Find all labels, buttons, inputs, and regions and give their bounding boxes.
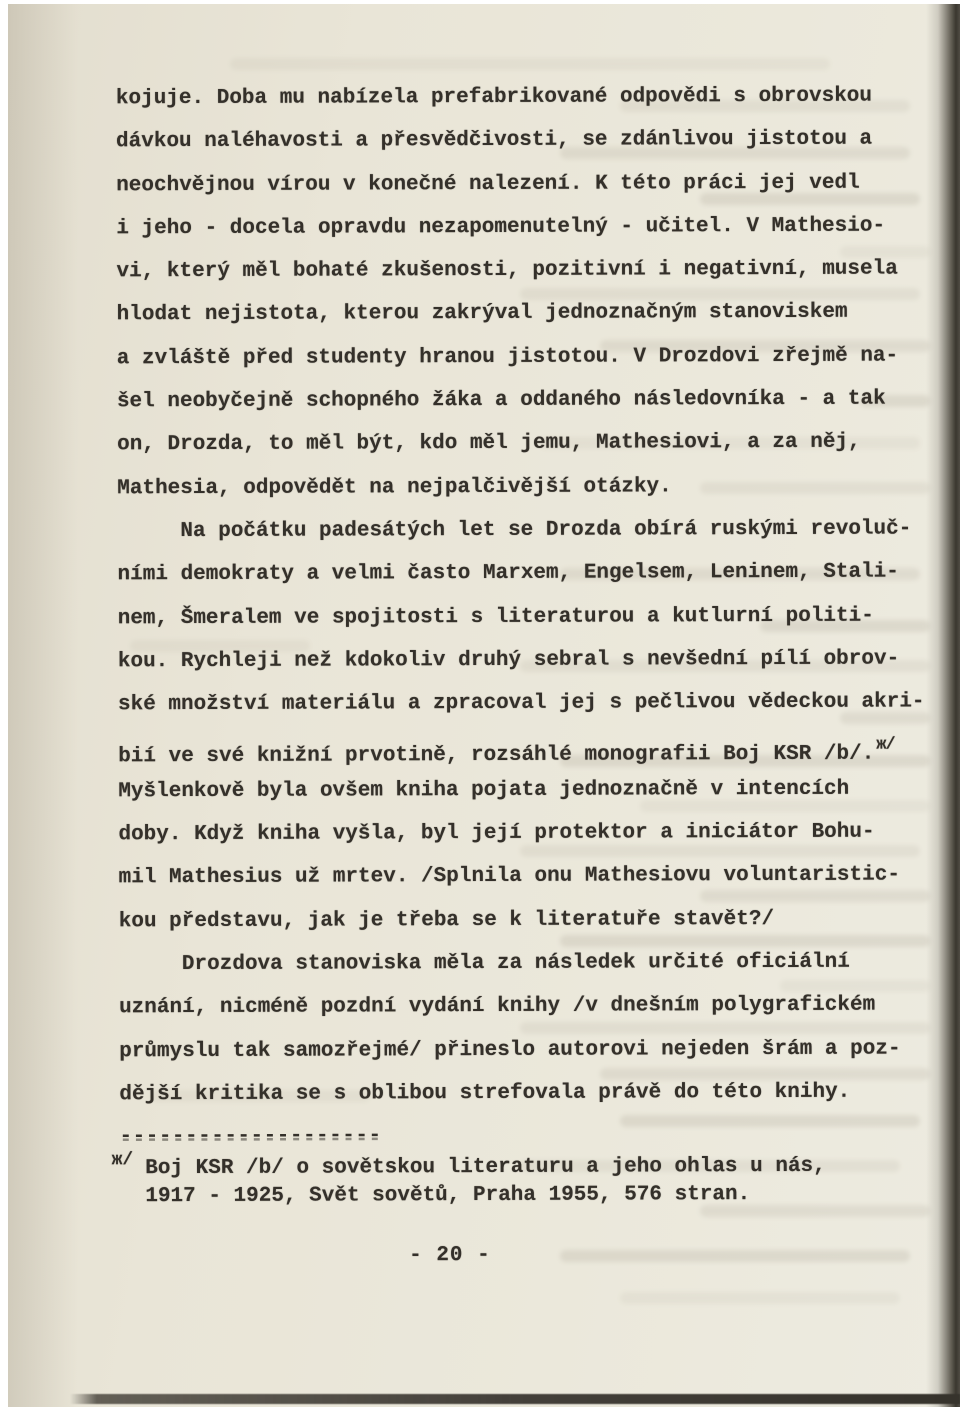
text-line: on, Drozda, to měl být, kdo měl jemu, Ma…	[117, 421, 924, 467]
text-line: dávkou naléhavosti a přesvědčivosti, se …	[116, 118, 923, 164]
text-line: dější kritika se s oblibou strefovala pr…	[119, 1070, 926, 1116]
footnote-reference-marker: ж/	[876, 736, 894, 755]
paper-sheet: kojuje. Doba mu nabízela prefabrikované …	[8, 4, 960, 1407]
text-line: Drozdova stanoviska měla za následek urč…	[119, 940, 926, 986]
footnote-text: Boj KSR /b/ o sovětskou literaturu a jeh…	[145, 1153, 826, 1211]
text-line: vi, který měl bohaté zkušenosti, pozitiv…	[116, 248, 923, 294]
page-number: - 20 -	[10, 1243, 890, 1269]
typewritten-text-layer: kojuje. Doba mu nabízela prefabrikované …	[8, 4, 960, 1407]
text-line: neochvějnou vírou v konečné nalezení. K …	[116, 161, 923, 207]
text-line: Na počátku padesátých let se Drozda obír…	[117, 507, 924, 553]
text-line: průmyslu tak samozřejmé/ přineslo autoro…	[119, 1027, 926, 1073]
text-line: kojuje. Doba mu nabízela prefabrikované …	[116, 74, 923, 120]
footnote: ж/ Boj KSR /b/ o sovětskou literaturu a …	[112, 1153, 826, 1211]
footnote-line: Boj KSR /b/ o sovětskou literaturu a jeh…	[145, 1153, 826, 1183]
footnote-separator-line: --------------------	[119, 1124, 381, 1148]
body-text: kojuje. Doba mu nabízela prefabrikované …	[116, 74, 926, 1116]
text-line: kou představu, jak je třeba se k literat…	[119, 897, 926, 943]
text-line: i jeho - docela opravdu nezapomenutelný …	[116, 204, 923, 250]
text-line: kou. Rychleji než kdokoliv druhý sebral …	[118, 637, 925, 683]
text-line: uznání, nicméně pozdní vydání knihy /v d…	[119, 984, 926, 1030]
text-line: nem, Šmeralem ve spojitosti s literaturo…	[118, 594, 925, 640]
text-line: Mathesia, odpovědět na nejpalčivější otá…	[117, 464, 924, 510]
footnote-line: 1917 - 1925, Svět sovětů, Praha 1955, 57…	[145, 1181, 826, 1211]
footnote-marker: ж/	[112, 1150, 134, 1170]
text-line: a zvláště před studenty hranou jistotou.…	[117, 334, 924, 380]
text-line: šel neobyčejně schopného žáka a oddaného…	[117, 378, 924, 424]
text-line: hlodat nejistota, kterou zakrýval jednoz…	[117, 291, 924, 337]
text-line: ními demokraty a velmi často Marxem, Eng…	[117, 551, 924, 597]
text-line: Myšlenkově byla ovšem kniha pojata jedno…	[118, 767, 925, 813]
text-line: bií ve své knižní prvotině, rozsáhlé mon…	[118, 724, 925, 770]
text-line: ské množství materiálu a zpracoval jej s…	[118, 681, 925, 727]
text-line: doby. Když kniha vyšla, byl její protekt…	[118, 811, 925, 857]
scanned-document-page: kojuje. Doba mu nabízela prefabrikované …	[0, 0, 960, 1413]
text-line: mil Mathesius už mrtev. /Splnila onu Mat…	[119, 854, 926, 900]
